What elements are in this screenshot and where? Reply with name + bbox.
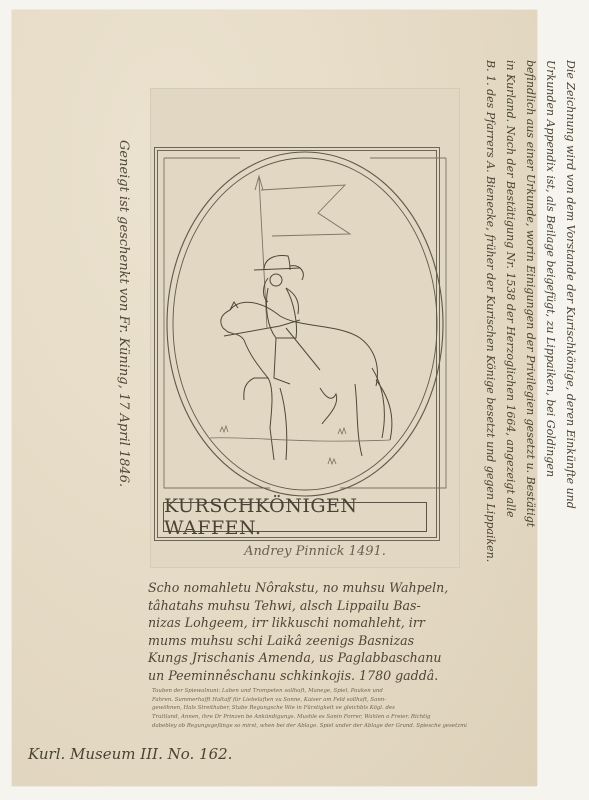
notes-line: gewöhnen, Hals Streithaber, Stabe Regung… (152, 704, 467, 713)
drawing-caption: KURSCHKÖNIGEN WAFFEN. (163, 502, 427, 532)
margin-line: befindlich aus einer Urkunde, worin Eini… (520, 60, 540, 562)
inscription-line: Kungs Jrischanis Amenda, us Paglabbascha… (148, 649, 478, 667)
inscription-line: un Peeminnêschanu schkinkojis. 1780 gadd… (148, 667, 478, 685)
left-margin-note: Geneigt ist geschenkt von Fr. Küning, 17… (116, 140, 131, 487)
german-notes: Tauben der Spiewalnuni: Laben und Trompe… (152, 687, 467, 731)
notes-line: Fahren. Summerhafft Haltaff für Liebelaf… (152, 696, 467, 705)
inscription-line: tâhatahs muhsu Tehwi, alsch Lippailu Bas… (148, 597, 478, 615)
margin-line: B. 1. des Pfarrers A. Bienecke, früher d… (480, 60, 500, 562)
horseman-drawing (150, 88, 460, 508)
notes-line: dabebley ob Regungsgefänge so mirst, whe… (152, 722, 467, 731)
margin-line: Urkunden Appendix ist, als Beilage beige… (540, 60, 560, 562)
notes-line: Trattland, Annen, ihre Dr Prinzen be Ank… (152, 713, 467, 722)
right-margin-note: Die Zeichnung wird von dem Vorstande der… (480, 60, 580, 562)
inscription-line: mums muhsu schi Laikâ zeenigs Basnizas (148, 632, 478, 650)
margin-line: Die Zeichnung wird von dem Vorstande der… (560, 60, 580, 562)
inscription-line: Scho nomahletu Nôrakstu, no muhsu Wahpel… (148, 579, 478, 597)
latvian-inscription: Scho nomahletu Nôrakstu, no muhsu Wahpel… (148, 579, 478, 684)
inventory-label: Kurl. Museum III. No. 162. (28, 745, 232, 763)
margin-line: in Kurland. Nach der Bestätigung Nr. 153… (500, 60, 520, 562)
notes-line: Tauben der Spiewalnuni: Laben und Trompe… (152, 687, 467, 696)
inscription-line: nizas Lohgeem, irr likkuschi nomahleht, … (148, 614, 478, 632)
artist-signature: Andrey Pinnick 1491. (225, 544, 405, 559)
